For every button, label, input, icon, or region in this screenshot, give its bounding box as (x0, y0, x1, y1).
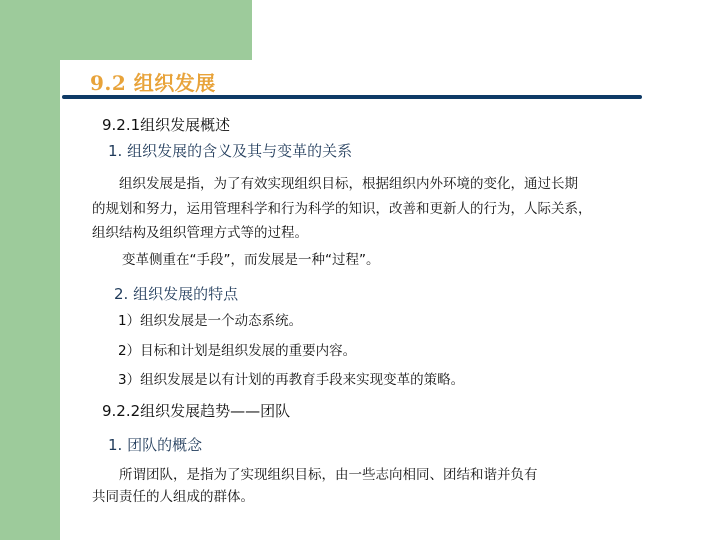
paragraph-team-definition: 所谓团队，是指为了实现组织目标，由一些志向相同、团结和谐并负有 共同责任的人组成… (92, 464, 538, 508)
paragraph-line: 组织结构及组织管理方式等的过程。 (92, 221, 592, 246)
subheading-characteristics: 2. 组织发展的特点 (114, 284, 238, 304)
list-item: 3）组织发展是以有计划的再教育手段来实现变革的策略。 (118, 370, 464, 390)
header-green-block (0, 0, 252, 60)
paragraph-definition: 组织发展是指，为了有效实现组织目标，根据组织内外环境的变化，通过长期 的规划和努… (92, 172, 592, 246)
section-heading-921: 9.2.1组织发展概述 (102, 115, 230, 135)
sidebar-green-band (0, 0, 60, 540)
paragraph-line: 所谓团队，是指为了实现组织目标，由一些志向相同、团结和谐并负有 (92, 464, 538, 486)
section-heading-922: 9.2.2组织发展趋势——团队 (102, 401, 290, 421)
slide-title: 9.2 组织发展 (90, 67, 216, 96)
subheading-meaning: 1. 组织发展的含义及其与变革的关系 (108, 141, 352, 161)
paragraph-line: 组织发展是指，为了有效实现组织目标，根据组织内外环境的变化，通过长期 (92, 172, 592, 197)
list-item: 2）目标和计划是组织发展的重要内容。 (118, 341, 356, 361)
paragraph-change-vs-development: 变革侧重在“手段”，而发展是一种“过程”。 (122, 250, 379, 270)
paragraph-line: 共同责任的人组成的群体。 (92, 486, 538, 508)
list-item: 1）组织发展是一个动态系统。 (118, 311, 302, 331)
title-divider (62, 95, 642, 99)
paragraph-line: 的规划和努力，运用管理科学和行为科学的知识，改善和更新人的行为，人际关系， (92, 197, 592, 222)
subheading-team-concept: 1. 团队的概念 (108, 435, 202, 455)
